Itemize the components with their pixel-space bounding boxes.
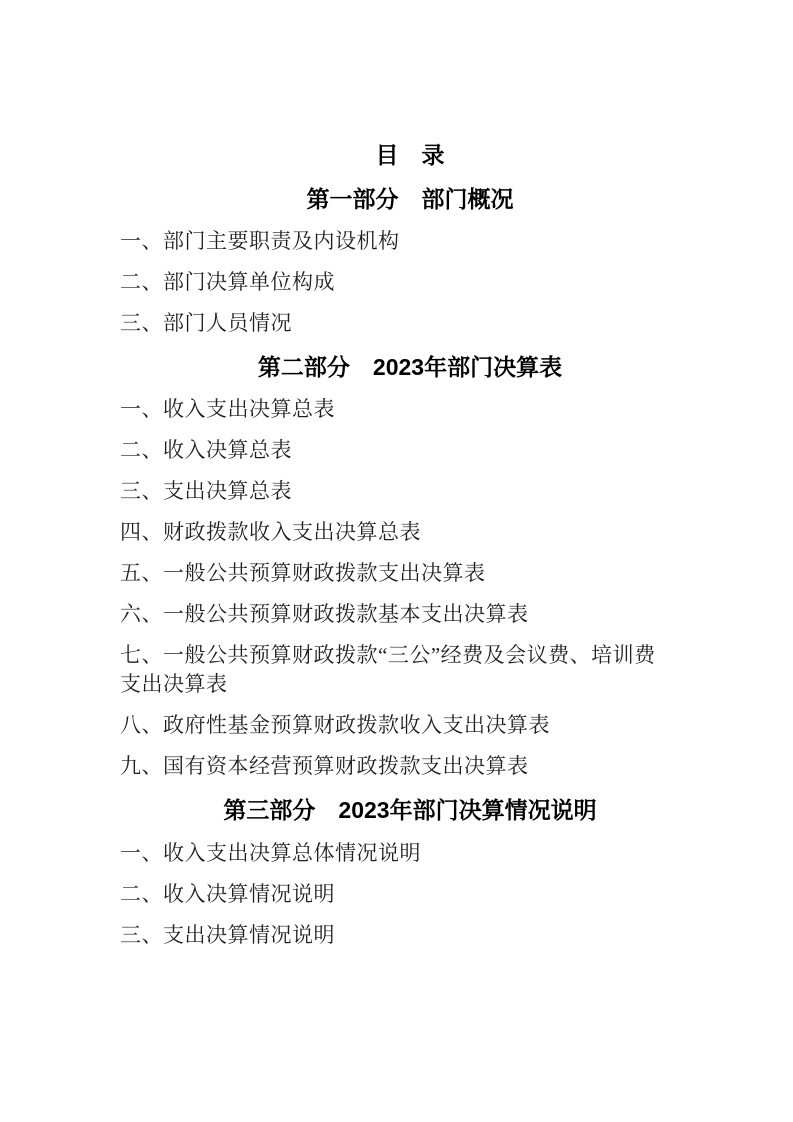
toc-section-part3: 第三部分 2023年部门决算情况说明 一、收入支出决算总体情况说明 二、收入决算… (120, 795, 700, 950)
toc-section-part2: 第二部分 2023年部门决算表 一、收入支出决算总表 二、收入决算总表 三、支出… (120, 352, 700, 781)
part3-heading: 第三部分 2023年部门决算情况说明 (120, 795, 700, 825)
toc-item: 三、部门人员情况 (120, 309, 700, 338)
toc-item: 九、国有资本经营预算财政拨款支出决算表 (120, 752, 700, 781)
toc-item: 七、一般公共预算财政拨款“三公”经费及会议费、培训费 支出决算表 (120, 641, 700, 699)
toc-item: 二、收入决算总表 (120, 436, 700, 465)
toc-item: 二、收入决算情况说明 (120, 880, 700, 909)
part1-heading: 第一部分 部门概况 (120, 184, 700, 214)
toc-page: 目 录 第一部分 部门概况 一、部门主要职责及内设机构 二、部门决算单位构成 三… (0, 0, 793, 1122)
toc-item: 八、政府性基金预算财政拨款收入支出决算表 (120, 711, 700, 740)
toc-item: 一、收入支出决算总表 (120, 395, 700, 424)
toc-item: 三、支出决算情况说明 (120, 921, 700, 950)
toc-item: 二、部门决算单位构成 (120, 268, 700, 297)
toc-item: 一、收入支出决算总体情况说明 (120, 839, 700, 868)
toc-title: 目 录 (120, 140, 700, 170)
toc-item: 六、一般公共预算财政拨款基本支出决算表 (120, 600, 700, 629)
part2-heading: 第二部分 2023年部门决算表 (120, 352, 700, 382)
toc-item: 五、一般公共预算财政拨款支出决算表 (120, 559, 700, 588)
toc-item: 四、财政拨款收入支出决算总表 (120, 518, 700, 547)
toc-section-part1: 第一部分 部门概况 一、部门主要职责及内设机构 二、部门决算单位构成 三、部门人… (120, 184, 700, 338)
toc-item: 一、部门主要职责及内设机构 (120, 227, 700, 256)
toc-item: 三、支出决算总表 (120, 477, 700, 506)
